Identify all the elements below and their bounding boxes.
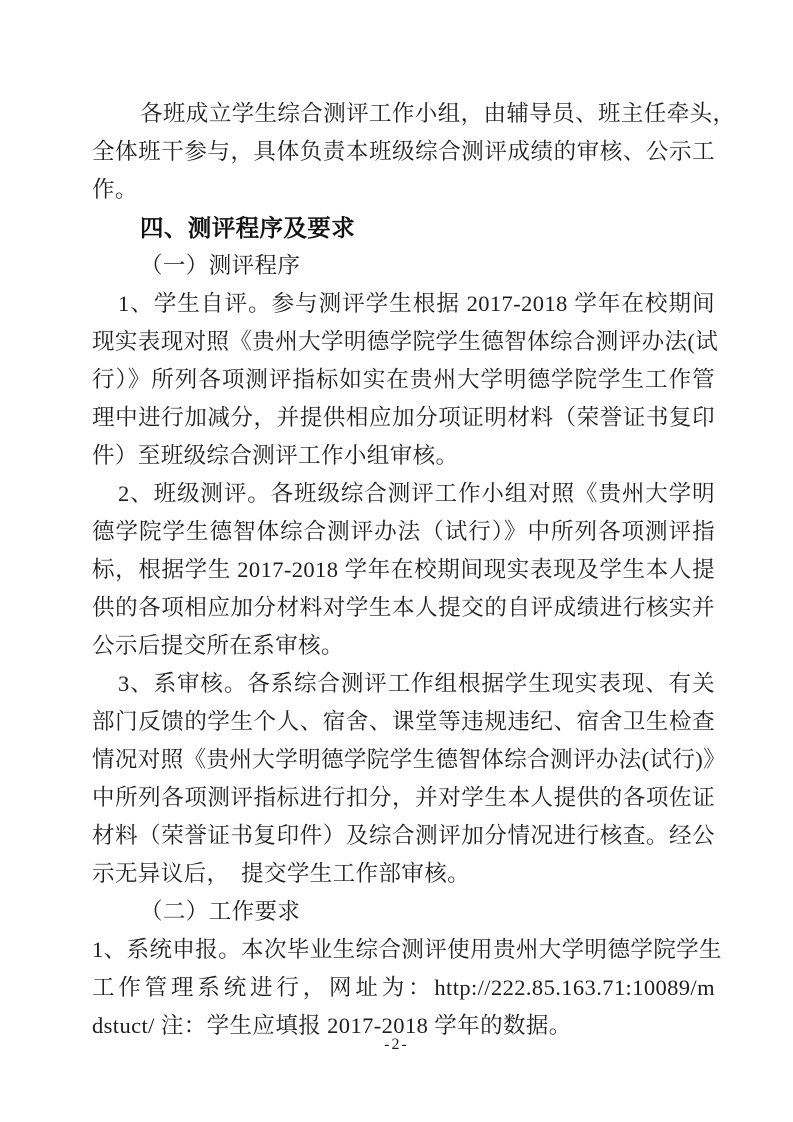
paragraph-subsection-1-heading: （一）测评程序 [92, 247, 715, 285]
text-line: 工作管理系统进行，网址为：http://222.85.163.71:10089/… [92, 969, 715, 1007]
text-line: 2、班级测评。各班级综合测评工作小组对照《贵州大学明 [92, 475, 715, 513]
paragraph-requirement-1-system-declaration: 1、系统申报。本次毕业生综合测评使用贵州大学明德学院学生工作管理系统进行，网址为… [92, 931, 715, 1045]
text-line: 情况对照《贵州大学明德学院学生德智体综合测评办法(试行)》 [92, 741, 715, 779]
text-line: 四、测评程序及要求 [92, 209, 715, 247]
paragraph-intro-paragraph: 各班成立学生综合测评工作小组，由辅导员、班主任牵头，全体班干参与，具体负责本班级… [92, 95, 715, 209]
text-line: 理中进行加减分，并提供相应加分项证明材料（荣誉证书复印 [92, 399, 715, 437]
paragraph-section-heading-4: 四、测评程序及要求 [92, 209, 715, 247]
page-number: -2- [0, 1036, 793, 1054]
text-line: 示无异议后， 提交学生工作部审核。 [92, 855, 715, 893]
text-line: 供的各项相应加分材料对学生本人提交的自评成绩进行核实并 [92, 589, 715, 627]
text-line: 件）至班级综合测评工作小组审核。 [92, 437, 715, 475]
text-line: 现实表现对照《贵州大学明德学院学生德智体综合测评办法(试 [92, 323, 715, 361]
document-body: 各班成立学生综合测评工作小组，由辅导员、班主任牵头，全体班干参与，具体负责本班级… [92, 95, 715, 1045]
text-line: 公示后提交所在系审核。 [92, 627, 715, 665]
text-line: 行）》所列各项测评指标如实在贵州大学明德学院学生工作管 [92, 361, 715, 399]
text-line: 部门反馈的学生个人、宿舍、课堂等违规违纪、宿舍卫生检查 [92, 703, 715, 741]
text-line: 全体班干参与，具体负责本班级综合测评成绩的审核、公示工 [92, 133, 715, 171]
document-page: 各班成立学生综合测评工作小组，由辅导员、班主任牵头，全体班干参与，具体负责本班级… [0, 0, 793, 1122]
text-line: 各班成立学生综合测评工作小组，由辅导员、班主任牵头， [92, 95, 715, 133]
paragraph-item-2-class-evaluation: 2、班级测评。各班级综合测评工作小组对照《贵州大学明德学院学生德智体综合测评办法… [92, 475, 715, 665]
text-line: 标，根据学生 2017-2018 学年在校期间现实表现及学生本人提 [92, 551, 715, 589]
text-line: 作。 [92, 171, 715, 209]
text-line: 材料（荣誉证书复印件）及综合测评加分情况进行核查。经公 [92, 817, 715, 855]
text-line: （二）工作要求 [92, 893, 715, 931]
text-line: 3、系审核。各系综合测评工作组根据学生现实表现、有关 [92, 665, 715, 703]
paragraph-item-3-department-review: 3、系审核。各系综合测评工作组根据学生现实表现、有关部门反馈的学生个人、宿舍、课… [92, 665, 715, 893]
text-line: 德学院学生德智体综合测评办法（试行）》中所列各项测评指 [92, 513, 715, 551]
paragraph-subsection-2-heading: （二）工作要求 [92, 893, 715, 931]
text-line: （一）测评程序 [92, 247, 715, 285]
paragraph-item-1-student-self-evaluation: 1、学生自评。参与测评学生根据 2017-2018 学年在校期间现实表现对照《贵… [92, 285, 715, 475]
text-line: 1、系统申报。本次毕业生综合测评使用贵州大学明德学院学生 [92, 931, 715, 969]
text-line: 1、学生自评。参与测评学生根据 2017-2018 学年在校期间 [92, 285, 715, 323]
text-line: 中所列各项测评指标进行扣分，并对学生本人提供的各项佐证 [92, 779, 715, 817]
